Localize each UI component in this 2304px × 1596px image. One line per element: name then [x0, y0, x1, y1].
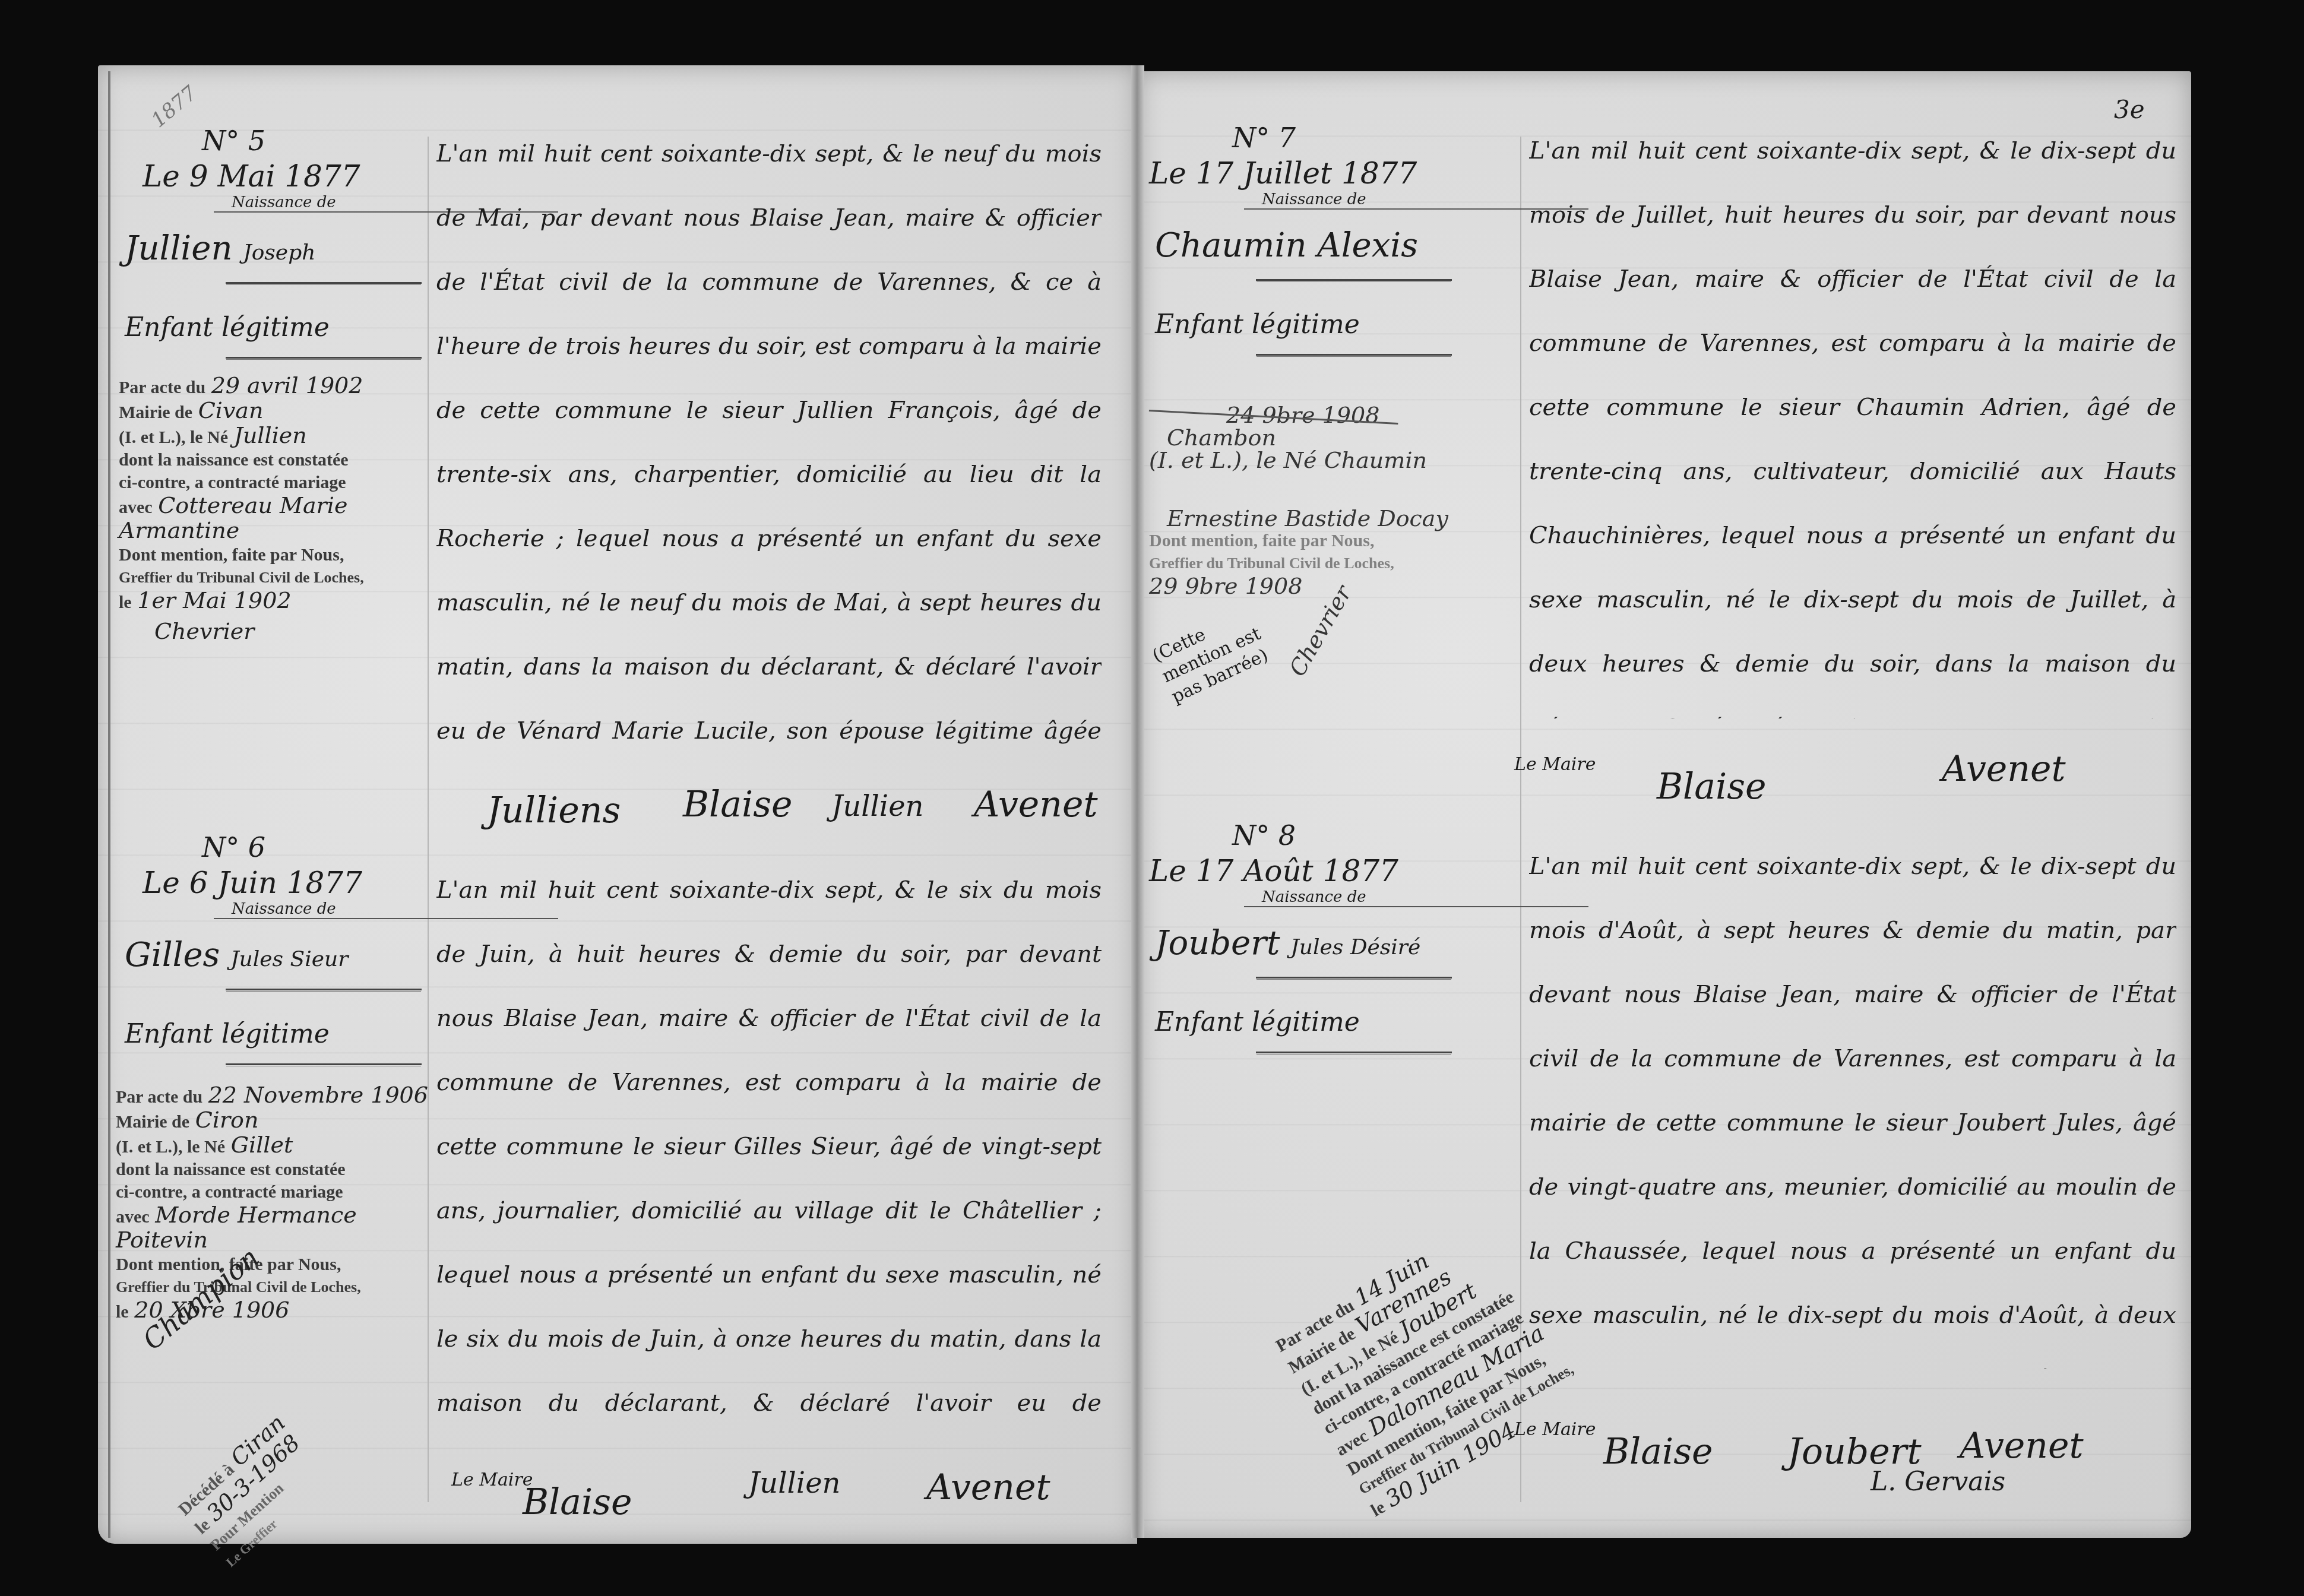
annotation-label: Par acte du	[116, 1087, 202, 1107]
act-body-7: L'an mil huit cent soixante-dix sept, & …	[1529, 119, 2176, 718]
child-surname: Gilles	[125, 936, 220, 974]
spouse-name: Ernestine Bastide Docay	[1167, 507, 1517, 530]
act-body-8: L'an mil huit cent soixante-dix sept, & …	[1529, 834, 2176, 1369]
annotation-place: Chambon	[1167, 426, 1517, 449]
annotation-text: Greffier du Tribunal Civil de Loches,	[119, 566, 428, 589]
maire-label: Le Maire	[1514, 1419, 1596, 1440]
child-surname: Jullien	[125, 229, 232, 268]
divider	[226, 1063, 422, 1065]
annotation-label: Mairie de	[119, 403, 192, 422]
entry-number: N° 5	[202, 125, 428, 157]
child-status: Enfant légitime	[1155, 309, 1517, 340]
child-surname: Joubert	[1155, 924, 1280, 962]
annotation-label: le	[116, 1302, 129, 1322]
annotation-label: (I. et L.), le Né	[116, 1137, 225, 1157]
page-edge-rule	[108, 71, 110, 1538]
entry-date: Le 17 Août 1877	[1149, 854, 1517, 888]
signature-maire: Blaise	[523, 1481, 632, 1523]
signature-witness: Avenet	[974, 784, 1098, 825]
child-name: Chaumin Alexis	[1155, 226, 1517, 265]
divider	[1256, 279, 1452, 281]
divider	[1256, 354, 1452, 356]
annotation-label: (I. et L.), le Né	[119, 427, 228, 447]
margin-entry-5: N° 5 Le 9 Mai 1877 Naissance de Jullien …	[119, 125, 428, 359]
annotation-text: dont la naissance est constatée	[116, 1158, 436, 1181]
child-given-names: Alexis	[1317, 226, 1418, 265]
child-name: Joubert Jules Désiré	[1155, 924, 1517, 962]
annotation-label: avec	[119, 498, 153, 517]
annotation-text: ci-contre, a contracté mariage	[119, 471, 428, 494]
annotation-text: dont la naissance est constatée	[119, 449, 428, 471]
child-given-names: Jules Sieur	[230, 947, 348, 971]
annotation-date: 22 Novembre 1906	[208, 1082, 428, 1108]
signature-maire: Blaise	[1603, 1431, 1713, 1472]
annotation-name: Jullien	[234, 422, 307, 448]
book-gutter	[1131, 65, 1144, 1538]
child-status: Enfant légitime	[125, 312, 428, 343]
signature-witness: Avenet	[1960, 1425, 2084, 1467]
annotation-place: Ciron	[195, 1107, 259, 1133]
signature-witness: Avenet	[1942, 748, 2066, 790]
entry-date: Le 6 Juin 1877	[143, 866, 428, 900]
annotation-label: le	[119, 593, 132, 612]
marriage-annotation-5: Par acte du 29 avril 1902 Mairie de Civa…	[119, 374, 428, 642]
annotation-text: Dont mention, faite par Nous,	[1149, 530, 1517, 552]
child-given-names: Joseph	[243, 240, 315, 265]
entry-date: Le 17 Juillet 1877	[1149, 156, 1517, 191]
annotation-date: 29 avril 1902	[211, 372, 363, 398]
margin-entry-6: N° 6 Le 6 Juin 1877 Naissance de Gilles …	[119, 831, 428, 1065]
entry-number: N° 6	[202, 831, 428, 863]
child-surname: Chaumin	[1155, 226, 1306, 265]
entry-number: N° 8	[1232, 819, 1517, 851]
signature-maire: Blaise	[1657, 766, 1767, 807]
annotation-text: Greffier du Tribunal Civil de Loches,	[1149, 552, 1517, 575]
mention-date: 1er Mai 1902	[137, 587, 291, 613]
annotation-text: Greffier du Tribunal Civil de Loches,	[116, 1276, 436, 1299]
annotation-text: Dont mention, faite par Nous,	[119, 544, 428, 566]
annotation-label: avec	[116, 1207, 150, 1227]
spouse-name: Cottereau Marie Armantine	[119, 492, 347, 543]
divider	[226, 989, 422, 990]
margin-entry-7: N° 7 Le 17 Juillet 1877 Naissance de Cha…	[1149, 122, 1517, 356]
divider	[226, 282, 422, 284]
entry-date: Le 9 Mai 1877	[143, 159, 428, 194]
child-status: Enfant légitime	[1155, 1007, 1517, 1037]
child-given-names: Jules Désiré	[1290, 935, 1420, 959]
entry-number: N° 7	[1232, 122, 1517, 154]
signature-witness: Jullien	[748, 1467, 841, 1500]
signature-witness: L. Gervais	[1871, 1467, 2005, 1497]
annotation-name: Gillet	[231, 1132, 293, 1158]
signature-declarant: Julliens	[487, 790, 621, 831]
annotation-text: ci-contre, a contracté mariage	[116, 1181, 436, 1204]
act-body-6: L'an mil huit cent soixante-dix sept, & …	[436, 858, 1102, 1434]
child-name: Jullien Joseph	[125, 229, 428, 268]
annotation-text: Dont mention, faite par Nous,	[116, 1253, 436, 1276]
margin-entry-8: N° 8 Le 17 Août 1877 Naissance de Jouber…	[1149, 819, 1517, 1053]
annotation-label: Par acte du	[119, 378, 205, 397]
maire-label: Le Maire	[1514, 754, 1596, 775]
act-body-5: L'an mil huit cent soixante-dix sept, & …	[436, 122, 1102, 751]
annotation-place: Civan	[198, 397, 264, 423]
signature-witness: Jullien	[831, 790, 924, 823]
annotation-label: Mairie de	[116, 1112, 189, 1132]
greffier-signature: Chevrier	[154, 620, 428, 642]
signature-witness: Avenet	[926, 1467, 1050, 1508]
divider	[1256, 1052, 1452, 1053]
divider	[1256, 977, 1452, 978]
child-status: Enfant légitime	[125, 1019, 428, 1049]
child-name: Gilles Jules Sieur	[125, 936, 428, 974]
signature-maire: Blaise	[683, 784, 793, 825]
maire-label: Le Maire	[451, 1470, 533, 1490]
divider	[226, 357, 422, 359]
annotation-name: (I. et L.), le Né Chaumin	[1149, 449, 1517, 471]
